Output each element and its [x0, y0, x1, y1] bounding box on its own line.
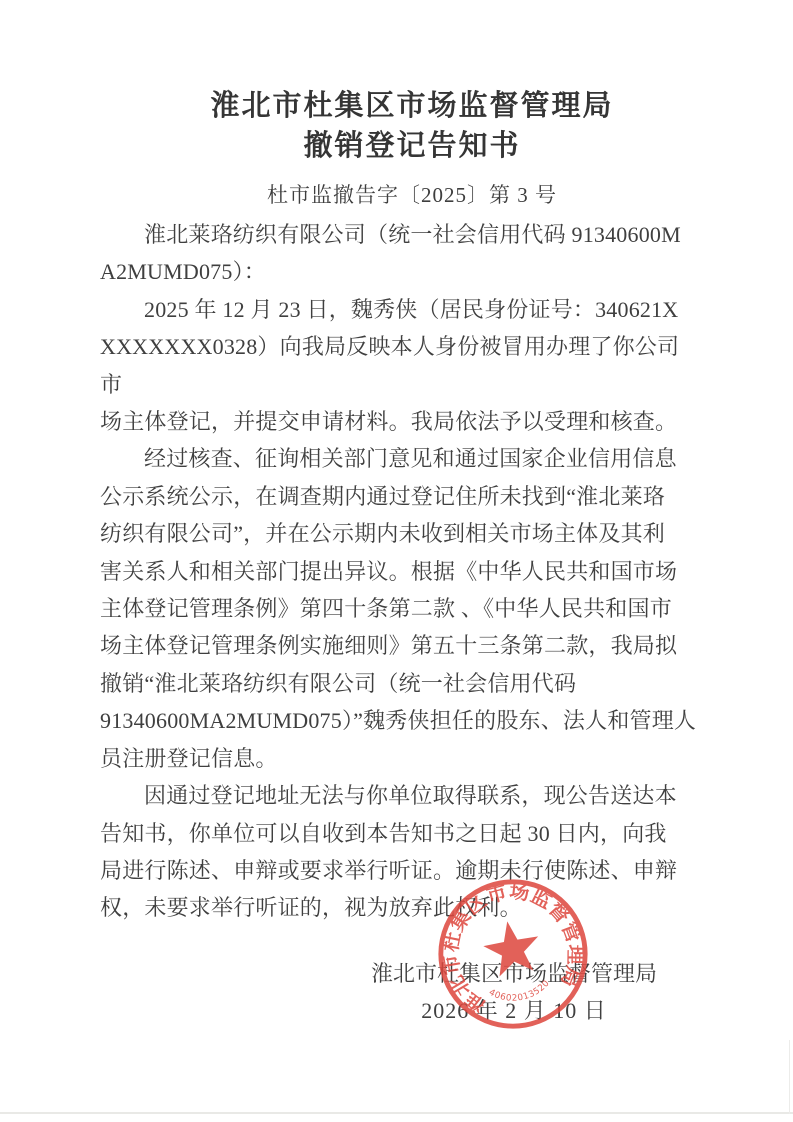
issue-date: 2026 年 2 月 10 日 — [364, 992, 664, 1029]
document-content: 淮北市杜集区市场监督管理局 撤销登记告知书 杜市监撤告字〔2025〕第 3 号 … — [100, 86, 700, 1030]
document-header: 淮北市杜集区市场监督管理局 撤销登记告知书 杜市监撤告字〔2025〕第 3 号 — [100, 86, 700, 209]
rights-paragraph: 因通过登记地址无法与你单位取得联系，现公告送达本 告知书，你单位可以自收到本告知… — [100, 777, 700, 927]
addressee-paragraph: 淮北莱珞纺织有限公司（统一社会信用代码 91340600M A2MUMD075）… — [100, 216, 700, 291]
document-title-line1: 淮北市杜集区市场监督管理局 — [124, 86, 700, 126]
page-edge-shadow-bottom — [0, 1112, 793, 1114]
page-edge-shadow-right — [789, 1040, 790, 1114]
investigation-paragraph: 经过核查、征询相关部门意见和通过国家企业信用信息 公示系统公示，在调查期内通过登… — [100, 440, 700, 777]
document-page: 淮北市杜集区市场监督管理局 撤销登记告知书 杜市监撤告字〔2025〕第 3 号 … — [0, 0, 793, 1122]
document-title-line2: 撤销登记告知书 — [124, 126, 700, 166]
signature-block: 淮北市杜集区市场监督管理局 2026 年 2 月 10 日 — [364, 955, 664, 1030]
report-paragraph: 2025 年 12 月 23 日，魏秀侠（居民身份证号：340621X XXXX… — [100, 291, 700, 441]
document-number: 杜市监撤告字〔2025〕第 3 号 — [124, 181, 700, 209]
issuing-authority: 淮北市杜集区市场监督管理局 — [364, 955, 664, 992]
document-body: 淮北莱珞纺织有限公司（统一社会信用代码 91340600M A2MUMD075）… — [100, 216, 700, 927]
